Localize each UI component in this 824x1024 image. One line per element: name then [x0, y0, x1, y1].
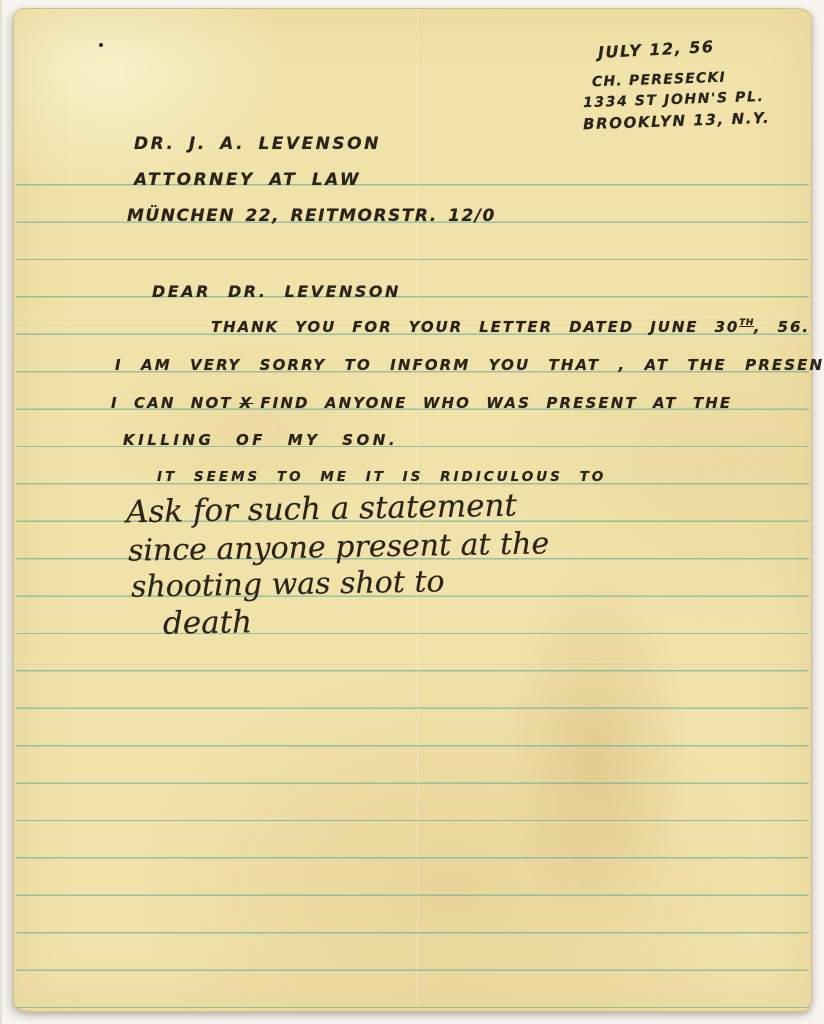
body-line-thanks-text: THANK YOU FOR YOUR LETTER DATED JUNE 30 — [211, 318, 739, 336]
sender-city: BROOKLYN 13, N.Y. — [583, 109, 771, 134]
body-line-sorry: I AM VERY SORRY TO INFORM YOU THAT , AT … — [115, 356, 824, 374]
recipient-name: DR. J. A. LEVENSON — [134, 134, 381, 154]
crossed-out-mark: X — [240, 394, 254, 412]
salutation: DEAR DR. LEVENSON — [152, 282, 401, 301]
cursive-line-death: death — [163, 604, 253, 642]
cursive-line-statement: Ask for such a statement — [126, 488, 518, 531]
sender-street: 1334 ST JOHN'S PL. — [583, 89, 765, 111]
ink-dot — [99, 43, 103, 47]
scanned-letter: JULY 12, 56 CH. PERESECKI 1334 ST JOHN'S… — [0, 0, 824, 1024]
body-line-ridiculous: IT SEEMS TO ME IT IS RIDICULOUS TO — [157, 469, 606, 485]
body-line-killing: KILLING OF MY SON. — [123, 431, 398, 449]
recipient-title: ATTORNEY AT LAW — [134, 170, 361, 190]
sender-name: CH. PERESECKI — [592, 70, 726, 91]
body-line-thanks-tail: , 56. — [754, 318, 810, 336]
letter-date: JULY 12, 56 — [598, 37, 715, 62]
cursive-line-shooting: shooting was shot to — [131, 564, 445, 604]
recipient-address: MÜNCHEN 22, REITMORSTR. 12/0 — [127, 206, 496, 226]
handwriting-layer: JULY 12, 56 CH. PERESECKI 1334 ST JOHN'S… — [0, 0, 824, 1024]
ordinal-superscript: TH — [739, 318, 754, 328]
body-line-cannot-tail: FIND ANYONE WHO WAS PRESENT AT THE — [260, 394, 732, 412]
body-line-thanks: THANK YOU FOR YOUR LETTER DATED JUNE 30T… — [211, 318, 810, 336]
body-line-cannot: I CAN NOTXFIND ANYONE WHO WAS PRESENT AT… — [111, 394, 732, 412]
body-line-cannot-text: I CAN NOT — [111, 394, 233, 412]
cursive-line-since: since anyone present at the — [128, 526, 550, 568]
